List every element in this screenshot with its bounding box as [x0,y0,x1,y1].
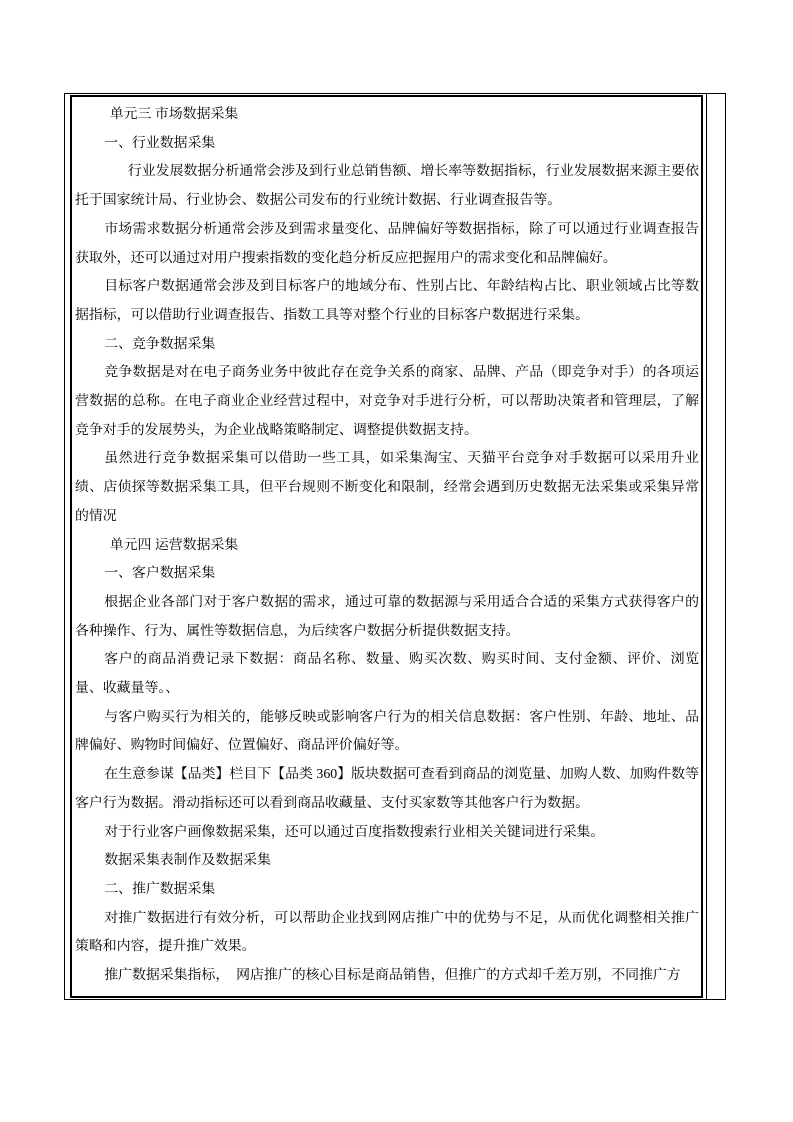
paragraph-body: 行业发展数据分析通常会涉及到行业总销售额、增长率等数据指标，行业发展数据来源主要… [75,158,699,215]
paragraph-body: 竞争数据是对在电子商务业务中彼此存在竞争关系的商家、品牌、产品（即竞争对手）的各… [75,359,699,445]
paragraph-body: 根据企业各部门对于客户数据的需求，通过可靠的数据源与采用适合合适的采集方式获得客… [75,589,699,646]
paragraph-body: 对于行业客户画像数据采集，还可以通过百度指数搜索行业相关关键词进行采集。 [75,819,699,848]
document-body: 单元三 市场数据采集一、行业数据采集行业发展数据分析通常会涉及到行业总销售额、增… [70,95,703,998]
paragraph-subheading: 二、竞争数据采集 [75,331,699,360]
document-page: 单元三 市场数据采集一、行业数据采集行业发展数据分析通常会涉及到行业总销售额、增… [0,0,793,1122]
paragraph-body: 虽然进行竞争数据采集可以借助一些工具，如采集淘宝、天猫平台竞争对手数据可以采用升… [75,445,699,531]
paragraph-subheading: 二、推广数据采集 [75,876,699,905]
paragraph-subheading: 一、行业数据采集 [75,130,699,159]
paragraph-body: 数据采集表制作及数据采集 [75,847,699,876]
paragraph-body: 在生意参谋【品类】栏目下【品类 360】版块数据可查看到商品的浏览量、加购人数、… [75,761,699,818]
paragraph-heading: 单元四 运营数据采集 [75,532,699,561]
paragraph-body: 与客户购买行为相关的，能够反映或影响客户行为的相关信息数据：客户性别、年龄、地址… [75,704,699,761]
table-right-column-divider [706,93,707,1000]
paragraph-body: 目标客户数据通常会涉及到目标客户的地域分布、性别占比、年龄结构占比、职业领域占比… [75,273,699,330]
paragraph-body: 客户的商品消费记录下数据：商品名称、数量、购买次数、购买时间、支付金额、评价、浏… [75,646,699,703]
paragraph-body: 对推广数据进行有效分析，可以帮助企业找到网店推广中的优势与不足，从而优化调整相关… [75,905,699,962]
paragraph-body: 市场需求数据分析通常会涉及到需求量变化、品牌偏好等数据指标，除了可以通过行业调查… [75,216,699,273]
paragraph-subheading: 一、客户数据采集 [75,560,699,589]
paragraph-heading: 单元三 市场数据采集 [75,101,699,130]
paragraph-body: 推广数据采集指标， 网店推广的核心目标是商品销售，但推广的方式却千差万别，不同推… [75,962,699,991]
